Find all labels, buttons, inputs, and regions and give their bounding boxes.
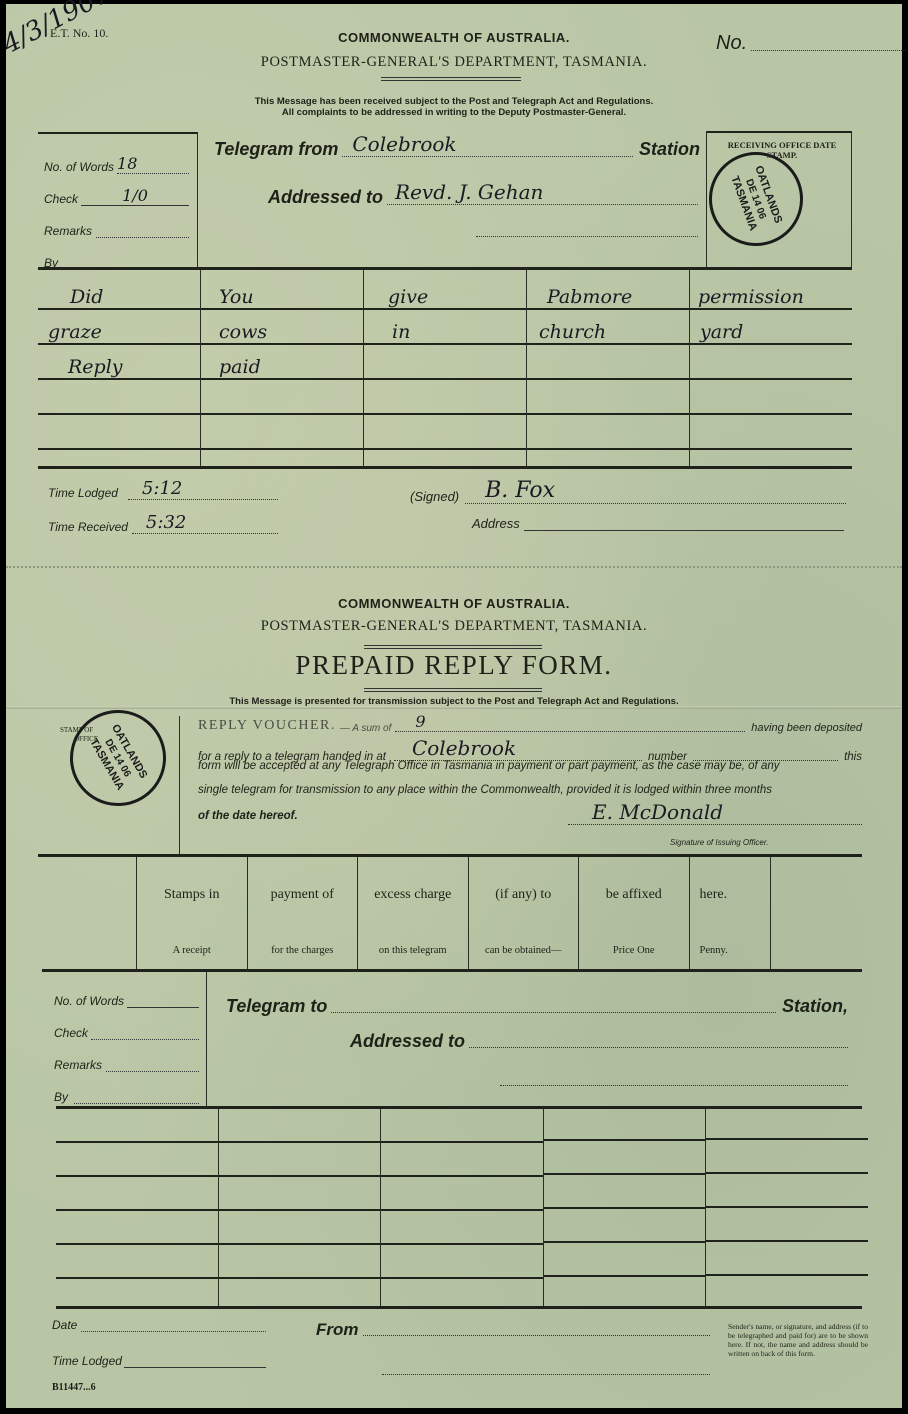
- no-input[interactable]: [751, 50, 906, 51]
- by-field: By: [44, 238, 189, 270]
- reply-no-of-words-field: No. of Words: [54, 976, 199, 1008]
- message-column: Did graze Reply: [38, 270, 201, 466]
- stamps-cell: Stamps in A receipt: [137, 857, 248, 969]
- reply-grid-bottom-rule: [56, 1306, 862, 1309]
- no-of-words-input[interactable]: 18: [117, 154, 189, 174]
- reply-from-field: From: [316, 1320, 710, 1340]
- reply-message-cell[interactable]: [706, 1242, 868, 1276]
- reply-message-column: [219, 1109, 382, 1307]
- stamps-cell-top: Stamps in: [137, 887, 247, 903]
- no-field: No.: [716, 32, 906, 55]
- issuing-officer-signature-label: Signature of Issuing Officer.: [670, 838, 768, 847]
- message-word[interactable]: paid: [201, 345, 363, 380]
- voucher-line-1: REPLY VOUCHER. — A sum of 9 having been …: [198, 712, 862, 734]
- reply-message-cell[interactable]: [381, 1143, 543, 1177]
- title-rule-bottom: [364, 688, 542, 692]
- reply-message-cell[interactable]: [706, 1208, 868, 1242]
- reply-station-label: Station,: [782, 996, 848, 1017]
- stamps-cell-top: excess charge: [358, 887, 468, 903]
- stamps-cell: here. Penny.: [690, 857, 800, 969]
- divider: [179, 716, 180, 854]
- stamps-cell-bottom: Price One: [579, 945, 689, 956]
- reply-message-cell[interactable]: [381, 1211, 543, 1245]
- rule: [38, 132, 198, 134]
- reply-message-cell[interactable]: [544, 1109, 706, 1141]
- voucher-line-3: form will be accepted at any Telegraph O…: [198, 760, 862, 772]
- stamps-cell-top: payment of: [248, 887, 358, 903]
- message-word[interactable]: yard: [690, 310, 852, 345]
- divider: [197, 132, 198, 268]
- stamps-cell-top: (if any) to: [469, 887, 579, 903]
- message-word[interactable]: [527, 415, 689, 450]
- signed-input[interactable]: B. Fox: [465, 478, 846, 504]
- addressed-label: Addressed to: [268, 187, 383, 208]
- grid-bottom-rule: [38, 466, 852, 469]
- message-word[interactable]: [364, 380, 526, 415]
- time-lodged-field: Time Lodged 5:12: [48, 478, 278, 500]
- reply-message-cell[interactable]: [544, 1209, 706, 1243]
- stamps-cell: excess charge on this telegram: [358, 857, 469, 969]
- stamps-cell-bottom: can be obtained—: [469, 945, 579, 956]
- stamps-cell-bottom: on this telegram: [358, 945, 468, 956]
- reply-no-of-words-input[interactable]: [127, 995, 199, 1008]
- reply-message-cell[interactable]: [56, 1211, 218, 1245]
- stamps-strip: Stamps in A receipt payment of for the c…: [136, 857, 799, 969]
- telegram-from-field: Telegram from Colebrook Station: [214, 132, 700, 160]
- signed-field: (Signed) B. Fox: [410, 478, 846, 504]
- reply-message-column: [381, 1109, 544, 1307]
- check-label: Check: [44, 192, 78, 206]
- time-received-label: Time Received: [48, 520, 128, 534]
- stamps-cell: be affixed Price One: [579, 857, 690, 969]
- address-label: Address: [472, 516, 520, 531]
- message-word[interactable]: You: [201, 270, 363, 310]
- reply-from-input[interactable]: [363, 1323, 711, 1336]
- address-field: Address: [472, 516, 844, 531]
- reply-message-cell[interactable]: [219, 1143, 381, 1177]
- message-word[interactable]: [364, 415, 526, 450]
- reply-remarks-label: Remarks: [54, 1058, 102, 1072]
- title-rule-top: [364, 645, 542, 649]
- message-word[interactable]: [690, 345, 852, 380]
- reply-check-input[interactable]: [91, 1027, 199, 1040]
- message-word[interactable]: Pabmore: [527, 270, 689, 310]
- divider: [706, 131, 707, 268]
- divider: [206, 972, 207, 1108]
- divider: [770, 857, 771, 969]
- remarks-field: Remarks: [44, 206, 189, 238]
- from-label: Telegram from: [214, 139, 338, 160]
- time-received-input[interactable]: 5:32: [132, 512, 278, 534]
- voucher-deposited: having been deposited: [751, 722, 862, 734]
- voucher-title: REPLY VOUCHER.: [198, 718, 336, 734]
- reply-message-cell[interactable]: [219, 1245, 381, 1279]
- reply-header-commonwealth: COMMONWEALTH OF AUSTRALIA.: [6, 596, 902, 611]
- issuing-officer-signature-input[interactable]: E. McDonald: [568, 800, 862, 825]
- reply-form-title: PREPAID REPLY FORM.: [6, 650, 902, 681]
- notice: This Message has been received subject t…: [6, 96, 902, 118]
- reply-by-input[interactable]: [74, 1091, 199, 1104]
- address-input[interactable]: [524, 516, 844, 531]
- to-input[interactable]: [331, 998, 776, 1013]
- stamps-cell-bottom: Penny.: [700, 945, 728, 956]
- header-rule: [381, 77, 521, 81]
- notice-line-2: All complaints to be addressed in writin…: [6, 107, 902, 118]
- stamps-cell-bottom: for the charges: [248, 945, 358, 956]
- addressed-to-field: Addressed to Revd. J. Gehan: [268, 180, 698, 208]
- voucher-handed-in-input[interactable]: Colebrook: [394, 736, 642, 761]
- message-word[interactable]: [201, 380, 363, 415]
- addressed-input[interactable]: Revd. J. Gehan: [387, 180, 698, 205]
- office-fields: No. of Words 18 Check 1/0 Remarks By: [44, 142, 189, 270]
- telegram-document: E.T. No. 10. 4/3/1907 P1 COMMONWEALTH OF…: [6, 4, 902, 1408]
- reply-message-cell[interactable]: [56, 1177, 218, 1211]
- voucher-line-5: of the date hereof.: [198, 810, 298, 822]
- sender-note: Sender's name, or signature, and address…: [728, 1322, 868, 1358]
- stamps-cell: (if any) to can be obtained—: [469, 857, 580, 969]
- no-of-words-field: No. of Words 18: [44, 142, 189, 174]
- reply-message-cell[interactable]: [544, 1141, 706, 1175]
- reply-remarks-field: Remarks: [54, 1040, 199, 1072]
- reply-message-cell[interactable]: [544, 1175, 706, 1209]
- reply-message-column: [544, 1109, 707, 1307]
- time-received-field: Time Received 5:32: [48, 512, 278, 534]
- reply-message-cell[interactable]: [706, 1109, 868, 1140]
- check-field: Check 1/0: [44, 174, 189, 206]
- reply-check-label: Check: [54, 1026, 88, 1040]
- reply-check-field: Check: [54, 1008, 199, 1040]
- message-word[interactable]: in: [364, 310, 526, 345]
- reply-message-cell[interactable]: [381, 1109, 543, 1143]
- reply-date-input[interactable]: [81, 1319, 266, 1332]
- message-word[interactable]: cows: [201, 310, 363, 345]
- reply-message-cell[interactable]: [706, 1140, 868, 1174]
- message-word[interactable]: Reply: [38, 345, 200, 380]
- address-extra-line[interactable]: [476, 236, 698, 237]
- message-column: permission yard: [690, 270, 852, 466]
- reply-date-label: Date: [52, 1318, 77, 1332]
- reply-message-cell[interactable]: [544, 1243, 706, 1277]
- to-label: Telegram to: [226, 996, 327, 1017]
- reply-time-lodged-field: Time Lodged: [52, 1354, 266, 1368]
- check-input[interactable]: 1/0: [81, 186, 189, 206]
- reply-from-label: From: [316, 1320, 359, 1340]
- reply-time-lodged-label: Time Lodged: [52, 1354, 122, 1368]
- message-column: give in: [364, 270, 527, 466]
- reply-header-department: POSTMASTER-GENERAL'S DEPARTMENT, TASMANI…: [6, 618, 902, 635]
- message-word[interactable]: Did: [38, 270, 200, 310]
- reply-message-column: [56, 1109, 219, 1307]
- message-word[interactable]: [527, 345, 689, 380]
- paper-fold: [6, 706, 902, 709]
- rule: [706, 131, 852, 133]
- divider: [851, 131, 852, 268]
- signed-label: (Signed): [410, 489, 459, 504]
- stamps-cell-top: here.: [700, 887, 728, 903]
- reply-addressed-to-field: Addressed to: [350, 1031, 848, 1052]
- reply-by-field: By: [54, 1072, 199, 1104]
- reply-from-extra-line[interactable]: [382, 1374, 710, 1375]
- reply-message-cell[interactable]: [219, 1109, 381, 1143]
- reply-message-cell[interactable]: [381, 1177, 543, 1211]
- message-word[interactable]: [201, 415, 363, 450]
- reply-message-cell[interactable]: [56, 1143, 218, 1177]
- message-word[interactable]: [38, 415, 200, 450]
- voucher-line-2: for a reply to a telegram handed in at C…: [198, 736, 862, 763]
- reply-address-extra-line[interactable]: [500, 1085, 848, 1086]
- reply-message-cell[interactable]: [219, 1177, 381, 1211]
- message-word[interactable]: [364, 345, 526, 380]
- no-label: No.: [716, 32, 747, 55]
- print-code: B11447...6: [52, 1382, 96, 1393]
- stamps-cell-top: be affixed: [579, 887, 689, 903]
- message-word[interactable]: [690, 415, 852, 450]
- message-grid: Did graze Reply You cows paid give in Pa…: [38, 270, 852, 466]
- voucher-sum-input[interactable]: 9: [395, 712, 745, 732]
- issuing-office-stamp: OATLANDS DE 14 06 TASMANIA: [52, 692, 183, 823]
- notice-line-1: This Message has been received subject t…: [6, 96, 902, 107]
- message-column: You cows paid: [201, 270, 364, 466]
- reply-message-cell[interactable]: [706, 1174, 868, 1208]
- reply-message-cell[interactable]: [381, 1245, 543, 1279]
- reply-message-column: [706, 1109, 868, 1307]
- message-word[interactable]: permission: [690, 270, 852, 310]
- reply-by-label: By: [54, 1090, 68, 1104]
- perforation-line: [6, 566, 902, 568]
- reply-addressed-label: Addressed to: [350, 1031, 465, 1052]
- reply-addressed-input[interactable]: [469, 1033, 848, 1048]
- reply-office-fields: No. of Words Check Remarks By: [54, 976, 199, 1104]
- telegram-to-field: Telegram to Station,: [226, 996, 848, 1017]
- reply-time-lodged-input[interactable]: [124, 1355, 266, 1368]
- message-word[interactable]: [690, 380, 852, 415]
- reply-message-cell[interactable]: [56, 1245, 218, 1279]
- message-word[interactable]: [527, 380, 689, 415]
- remarks-input[interactable]: [96, 225, 189, 238]
- rule: [42, 969, 862, 972]
- voucher-line-4: single telegram for transmission to any …: [198, 784, 862, 796]
- message-word[interactable]: [38, 380, 200, 415]
- reply-date-field: Date: [52, 1318, 266, 1332]
- stamps-cell: payment of for the charges: [248, 857, 359, 969]
- reply-no-of-words-label: No. of Words: [54, 994, 124, 1008]
- message-word[interactable]: graze: [38, 310, 200, 345]
- reply-message-grid: [56, 1109, 868, 1307]
- time-lodged-input[interactable]: 5:12: [128, 478, 278, 500]
- reply-message-cell[interactable]: [56, 1109, 218, 1143]
- message-word[interactable]: give: [364, 270, 526, 310]
- time-lodged-label: Time Lodged: [48, 486, 118, 500]
- reply-remarks-input[interactable]: [106, 1059, 199, 1072]
- remarks-label: Remarks: [44, 224, 92, 238]
- header-department: POSTMASTER-GENERAL'S DEPARTMENT, TASMANI…: [6, 54, 902, 71]
- message-word[interactable]: church: [527, 310, 689, 345]
- stamps-cell-bottom: A receipt: [137, 945, 247, 956]
- message-column: Pabmore church: [527, 270, 690, 466]
- station-label: Station: [639, 139, 700, 160]
- reply-message-cell[interactable]: [219, 1211, 381, 1245]
- no-of-words-label: No. of Words: [44, 160, 114, 174]
- from-input[interactable]: Colebrook: [342, 132, 633, 157]
- voucher-sum-label: — A sum of: [340, 723, 392, 734]
